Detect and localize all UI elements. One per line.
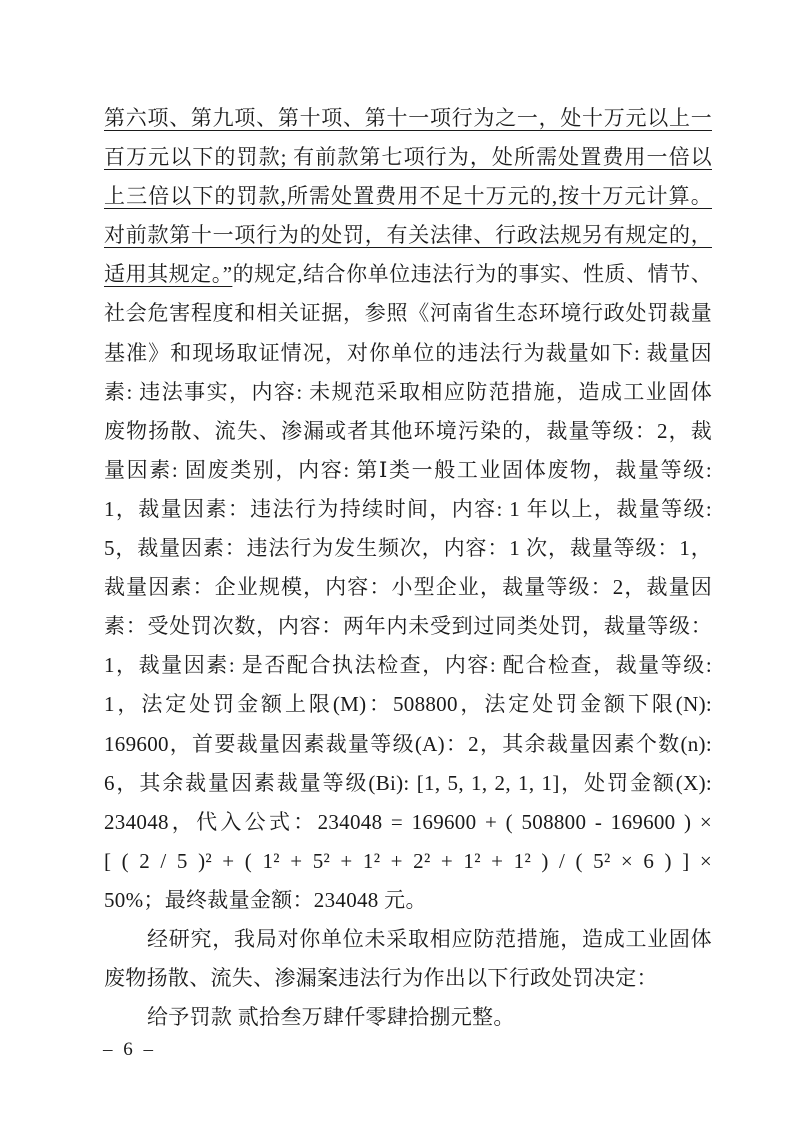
body-text: 6，其余裁量因素裁量等级(Bi): [1, 5, 1, 2, 1, 1]，处罚金… [104, 771, 712, 795]
text-line: 169600，首要裁量因素裁量等级(A)：2，其余裁量因素个数(n): [104, 725, 712, 764]
body-text: 234048，代入公式：234048 = 169600 + ( 508800 -… [104, 810, 712, 834]
text-line: 基准》和现场取证情况，对你单位的违法行为裁量如下: 裁量因 [104, 334, 712, 373]
body-text: 素：受处罚次数，内容：两年内未受到过同类处罚，裁量等级： [104, 614, 712, 638]
body-text: 的规定,结合你单位违法行为的事实、性质、情节、 [232, 262, 712, 286]
text-line: 废物扬散、流失、渗漏或者其他环境污染的，裁量等级：2，裁 [104, 412, 712, 451]
body-text: 50%；最终裁量金额：234048 元。 [104, 888, 427, 912]
text-line: 1，裁量因素：违法行为持续时间，内容: 1 年以上，裁量等级: [104, 490, 712, 529]
text-line: 234048，代入公式：234048 = 169600 + ( 508800 -… [104, 803, 712, 842]
body-text: 量因素: 固废类别，内容: 第Ⅰ类一般工业固体废物，裁量等级: [104, 458, 712, 482]
body-text: 基准》和现场取证情况，对你单位的违法行为裁量如下: 裁量因 [104, 341, 712, 365]
page-number: – 6 – [103, 1039, 154, 1061]
document-page: 第六项、第九项、第十项、第十一项行为之一，处十万元以上一百万元以下的罚款; 有前… [0, 0, 793, 1122]
body-text: 素: 违法事实，内容: 未规范采取相应防范措施，造成工业固体 [104, 380, 712, 404]
text-line: 社会危害程度和相关证据，参照《河南省生态环境行政处罚裁量 [104, 294, 712, 333]
text-line: 经研究，我局对你单位未采取相应防范措施，造成工业固体 [104, 920, 712, 959]
text-line: 百万元以下的罚款; 有前款第七项行为，处所需处置费用一倍以 [104, 138, 712, 177]
text-line: 适用其规定。”的规定,结合你单位违法行为的事实、性质、情节、 [104, 255, 712, 294]
text-line: 对前款第十一项行为的处罚，有关法律、行政法规另有规定的， [104, 216, 712, 255]
text-line: 5，裁量因素：违法行为发生频次，内容：1 次，裁量等级：1， [104, 529, 712, 568]
document-body: 第六项、第九项、第十项、第十一项行为之一，处十万元以上一百万元以下的罚款; 有前… [104, 99, 712, 1037]
text-line: 1，法定处罚金额上限(M)：508800，法定处罚金额下限(N): [104, 685, 712, 724]
underlined-quote-text: 对前款第十一项行为的处罚，有关法律、行政法规另有规定的， [104, 223, 712, 247]
underlined-quote-text: 上三倍以下的罚款,所需处置费用不足十万元的,按十万元计算。 [104, 184, 712, 208]
text-line: 废物扬散、流失、渗漏案违法行为作出以下行政处罚决定： [104, 959, 712, 998]
text-line: [ ( 2 / 5 )² + ( 1² + 5² + 1² + 2² + 1² … [104, 842, 712, 881]
body-text: 1，裁量因素：违法行为持续时间，内容: 1 年以上，裁量等级: [104, 497, 712, 521]
text-line: 6，其余裁量因素裁量等级(Bi): [1, 5, 1, 2, 1, 1]，处罚金… [104, 764, 712, 803]
body-text: 社会危害程度和相关证据，参照《河南省生态环境行政处罚裁量 [104, 301, 712, 325]
body-text: 169600，首要裁量因素裁量等级(A)：2，其余裁量因素个数(n): [104, 732, 712, 756]
body-text: 给予罚款 贰拾叁万肆仟零肆拾捌元整。 [147, 1005, 515, 1029]
text-line: 素：受处罚次数，内容：两年内未受到过同类处罚，裁量等级： [104, 607, 712, 646]
underlined-quote-text: 百万元以下的罚款; 有前款第七项行为，处所需处置费用一倍以 [104, 145, 712, 169]
body-text: 废物扬散、流失、渗漏或者其他环境污染的，裁量等级：2，裁 [104, 419, 712, 443]
text-line: 裁量因素：企业规模，内容：小型企业，裁量等级：2，裁量因 [104, 568, 712, 607]
body-text: 经研究，我局对你单位未采取相应防范措施，造成工业固体 [147, 927, 712, 951]
body-text: 裁量因素：企业规模，内容：小型企业，裁量等级：2，裁量因 [104, 575, 712, 599]
underlined-quote-text: 第六项、第九项、第十项、第十一项行为之一，处十万元以上一 [104, 106, 712, 130]
underlined-quote-text: 适用其规定。” [104, 262, 232, 286]
text-line: 1，裁量因素: 是否配合执法检查，内容: 配合检查，裁量等级: [104, 646, 712, 685]
text-line: 给予罚款 贰拾叁万肆仟零肆拾捌元整。 [104, 998, 712, 1037]
body-text: [ ( 2 / 5 )² + ( 1² + 5² + 1² + 2² + 1² … [104, 849, 712, 873]
body-text: 1，裁量因素: 是否配合执法检查，内容: 配合检查，裁量等级: [104, 653, 712, 677]
body-text: 5，裁量因素：违法行为发生频次，内容：1 次，裁量等级：1， [104, 536, 712, 560]
body-text: 1，法定处罚金额上限(M)：508800，法定处罚金额下限(N): [104, 692, 712, 716]
text-line: 50%；最终裁量金额：234048 元。 [104, 881, 712, 920]
body-text: 废物扬散、流失、渗漏案违法行为作出以下行政处罚决定： [104, 966, 658, 990]
text-line: 上三倍以下的罚款,所需处置费用不足十万元的,按十万元计算。 [104, 177, 712, 216]
text-line: 第六项、第九项、第十项、第十一项行为之一，处十万元以上一 [104, 99, 712, 138]
text-line: 量因素: 固废类别，内容: 第Ⅰ类一般工业固体废物，裁量等级: [104, 451, 712, 490]
text-line: 素: 违法事实，内容: 未规范采取相应防范措施，造成工业固体 [104, 373, 712, 412]
